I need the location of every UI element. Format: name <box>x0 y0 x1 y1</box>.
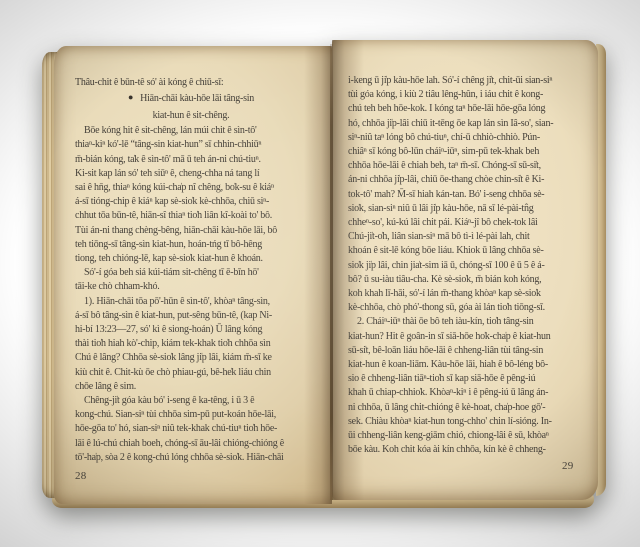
text-line: tāi-ke chò chham-khó. <box>75 280 333 294</box>
text-line: ni chhōa, ū lâng chit-chióng ê kè-hoat, … <box>348 401 600 415</box>
text-line: sio ê chheng-liân tiāⁿ-tio̍h sī kap siā-… <box>348 372 600 386</box>
right-body-lines: i-keng ū ji̍p kàu-hōe lah. Só'-í chêng j… <box>348 74 600 457</box>
page-29-text: i-keng ū ji̍p kàu-hōe lah. Só'-í chêng j… <box>348 74 600 457</box>
text-line: án-ni chhōa ji̍p-lâi, chiū ōe-thang chòe… <box>348 173 600 187</box>
text-line: tō'-ha̍p, sòa 2 ê kong-chú lóng chhōa sè… <box>75 451 333 465</box>
intro-line: Thâu-chit ê būn-tê só' ài kóng ê chiū-sī… <box>75 76 333 90</box>
text-line: khoán ê sit-lē kóng bōe liáu. Khiok ū lâ… <box>348 244 600 258</box>
text-line: Chêng-ji̍t góa kàu bó' i-seng ê ka-têng,… <box>75 394 333 408</box>
text-line: Bōe kóng hit ê sit-chêng, lán múi chit ê… <box>75 124 333 138</box>
text-line: chú teh beh hōe-kok. I kóng taⁿ hōe-lāi … <box>348 102 600 116</box>
text-line: tùi góa kóng, i kiù 2 tiâu lêng-hûn, i i… <box>348 88 600 102</box>
text-line: khah ū chiap-chhio̍k. Khòaⁿ-kiⁿ i ê pêng… <box>348 386 600 400</box>
text-line: 1). Hiān-chāi tōa pō'-hūn ê sìn-tô', khò… <box>75 295 333 309</box>
bullet-icon: ● <box>128 89 133 106</box>
text-line: kong-chú. Sian-siⁿ tùi chhōa sim-pū put-… <box>75 408 333 422</box>
page-number-29: 29 <box>562 460 573 472</box>
section-title-line-1: ●Hiān-chāi kàu-hōe lāi tâng-sin <box>75 90 333 107</box>
text-line: tiong, teh chióng-lē, kap sè-sio̍k kiat-… <box>75 252 333 266</box>
text-line: bô? ū su-iàu tiâu-cha. Kè sè-sio̍k, m̄ b… <box>348 273 600 287</box>
text-line: sek. Chiàu khòaⁿ kiat-hun tong-chho' chi… <box>348 415 600 429</box>
photo-background: Thâu-chit ê būn-tê só' ài kóng ê chiū-sī… <box>0 0 640 547</box>
page-28-text: Thâu-chit ê būn-tê só' ài kóng ê chiū-sī… <box>75 76 333 465</box>
text-line: siⁿ-niû taⁿ lóng bô chú-tiuⁿ, chí-ū chhi… <box>348 131 600 145</box>
text-line: Só'-í góa beh siá kúi-tiám sit-chêng tī … <box>75 266 333 280</box>
text-line: koh khah lī-hāi, só'-í lán m̄-thang khòa… <box>348 287 600 301</box>
page-number-28: 28 <box>75 470 86 482</box>
text-line: chhōa hōe-lāi ê chiah beh, taⁿ m̄-sī. Ch… <box>348 159 600 173</box>
text-line: sū-si̍t, bê-loān liáu hōe-lāi ê chheng-l… <box>348 344 600 358</box>
text-line: teh tiōng-sī tâng-sìn kiat-hun, hoán-tńg… <box>75 238 333 252</box>
text-line: hi-bí 13:23—27, só' kì ê siong-hoán) Ū l… <box>75 323 333 337</box>
text-line: kiat-hun? Hit ê goân-in sī siā-hōe ho̍k-… <box>348 330 600 344</box>
text-line: sai ê hn̄g, thiaⁿ kóng kúi-cha̍p nî chên… <box>75 181 333 195</box>
text-line: 2. Cháiⁿ-iūⁿ thài ōe bô teh iàu-kín, tio… <box>348 315 600 329</box>
text-line: kiù chit ê. Chit-kù ōe chò phiau-gú, bê-… <box>75 366 333 380</box>
section-title-line-2: kiat-hun ê sit-chêng. <box>75 107 333 124</box>
text-line: m̄-bián kóng, ta̍k ê sìn-tô' mā ū teh án… <box>75 153 333 167</box>
text-line: Chú ê lâng? Chhōa sè-sio̍k lâng ji̍p lâi… <box>75 351 333 365</box>
text-line: Tùi án-ni thang chèng-bêng, hiān-chāi kà… <box>75 224 333 238</box>
open-book: Thâu-chit ê būn-tê só' ài kóng ê chiū-sī… <box>42 36 604 510</box>
text-line: chheⁿ-so', kú-kú lâi chit pái. Kiáⁿ-jî b… <box>348 216 600 230</box>
section-title-text: Hiān-chāi kàu-hōe lāi tâng-sin <box>140 93 254 104</box>
text-line: thiaⁿ-kiⁿ kó'-lē “tâng-sin kiat-hun” sī … <box>75 138 333 152</box>
text-line: kiat-hun ê koan-liām. Kàu-hōe lāi, hiah … <box>348 358 600 372</box>
text-line: bōe kàu. Koh chit kóa ài kín chhōa, kín … <box>348 443 600 457</box>
text-line: Chú-ji̍t-o̍h, liân sian-siⁿ mā bô tì-ì l… <box>348 230 600 244</box>
left-body-lines: Bōe kóng hit ê sit-chêng, lán múi chit ê… <box>75 124 333 465</box>
text-line: thài tio̍h hiah kò'-chip, kiám tek-khak … <box>75 337 333 351</box>
text-line: sio̍k ji̍p lâi, chin jia̍t-sim iā ū, chó… <box>348 259 600 273</box>
text-line: hōe-gōa to' hó, sian-siⁿ niû tek-khak ch… <box>75 422 333 436</box>
text-line: hó, chhōa ji̍p-lâi chiū it-tēng ōe kap l… <box>348 117 600 131</box>
text-line: Ki-sit kap lán só' teh siūⁿ ê, cheng-chh… <box>75 167 333 181</box>
text-line: tok-tô' mah? M̄-sī hiah kán-tan. Bó' i-s… <box>348 188 600 202</box>
text-line: á-sī tióng-chip ê kiáⁿ kap sè-sio̍k kè-c… <box>75 195 333 209</box>
text-line: kè-chhōa, chò phó'-thong sū, góa ài lán … <box>348 301 600 315</box>
text-line: chiâⁿ sī kóng bô-lūn cháiⁿ-iūⁿ, sim-pū t… <box>348 145 600 159</box>
text-line: á-sī bô tâng-sìn ê kiat-hun, put-sêng bū… <box>75 309 333 323</box>
text-line: chhut tōa būn-tê, hiān-sî thiaⁿ tio̍h li… <box>75 209 333 223</box>
text-line: ūi chheng-liân keng-giām chió, chiong-lâ… <box>348 429 600 443</box>
text-line: sio̍k, sian-siⁿ niû ū lâi ji̍p kàu-hōe, … <box>348 202 600 216</box>
text-line: i-keng ū ji̍p kàu-hōe lah. Só'-í chêng j… <box>348 74 600 88</box>
text-line: chōe lâng ê sim. <box>75 380 333 394</box>
text-line: lāi ê lú-chú chiah boeh, chóng-sī āu-lâi… <box>75 437 333 451</box>
